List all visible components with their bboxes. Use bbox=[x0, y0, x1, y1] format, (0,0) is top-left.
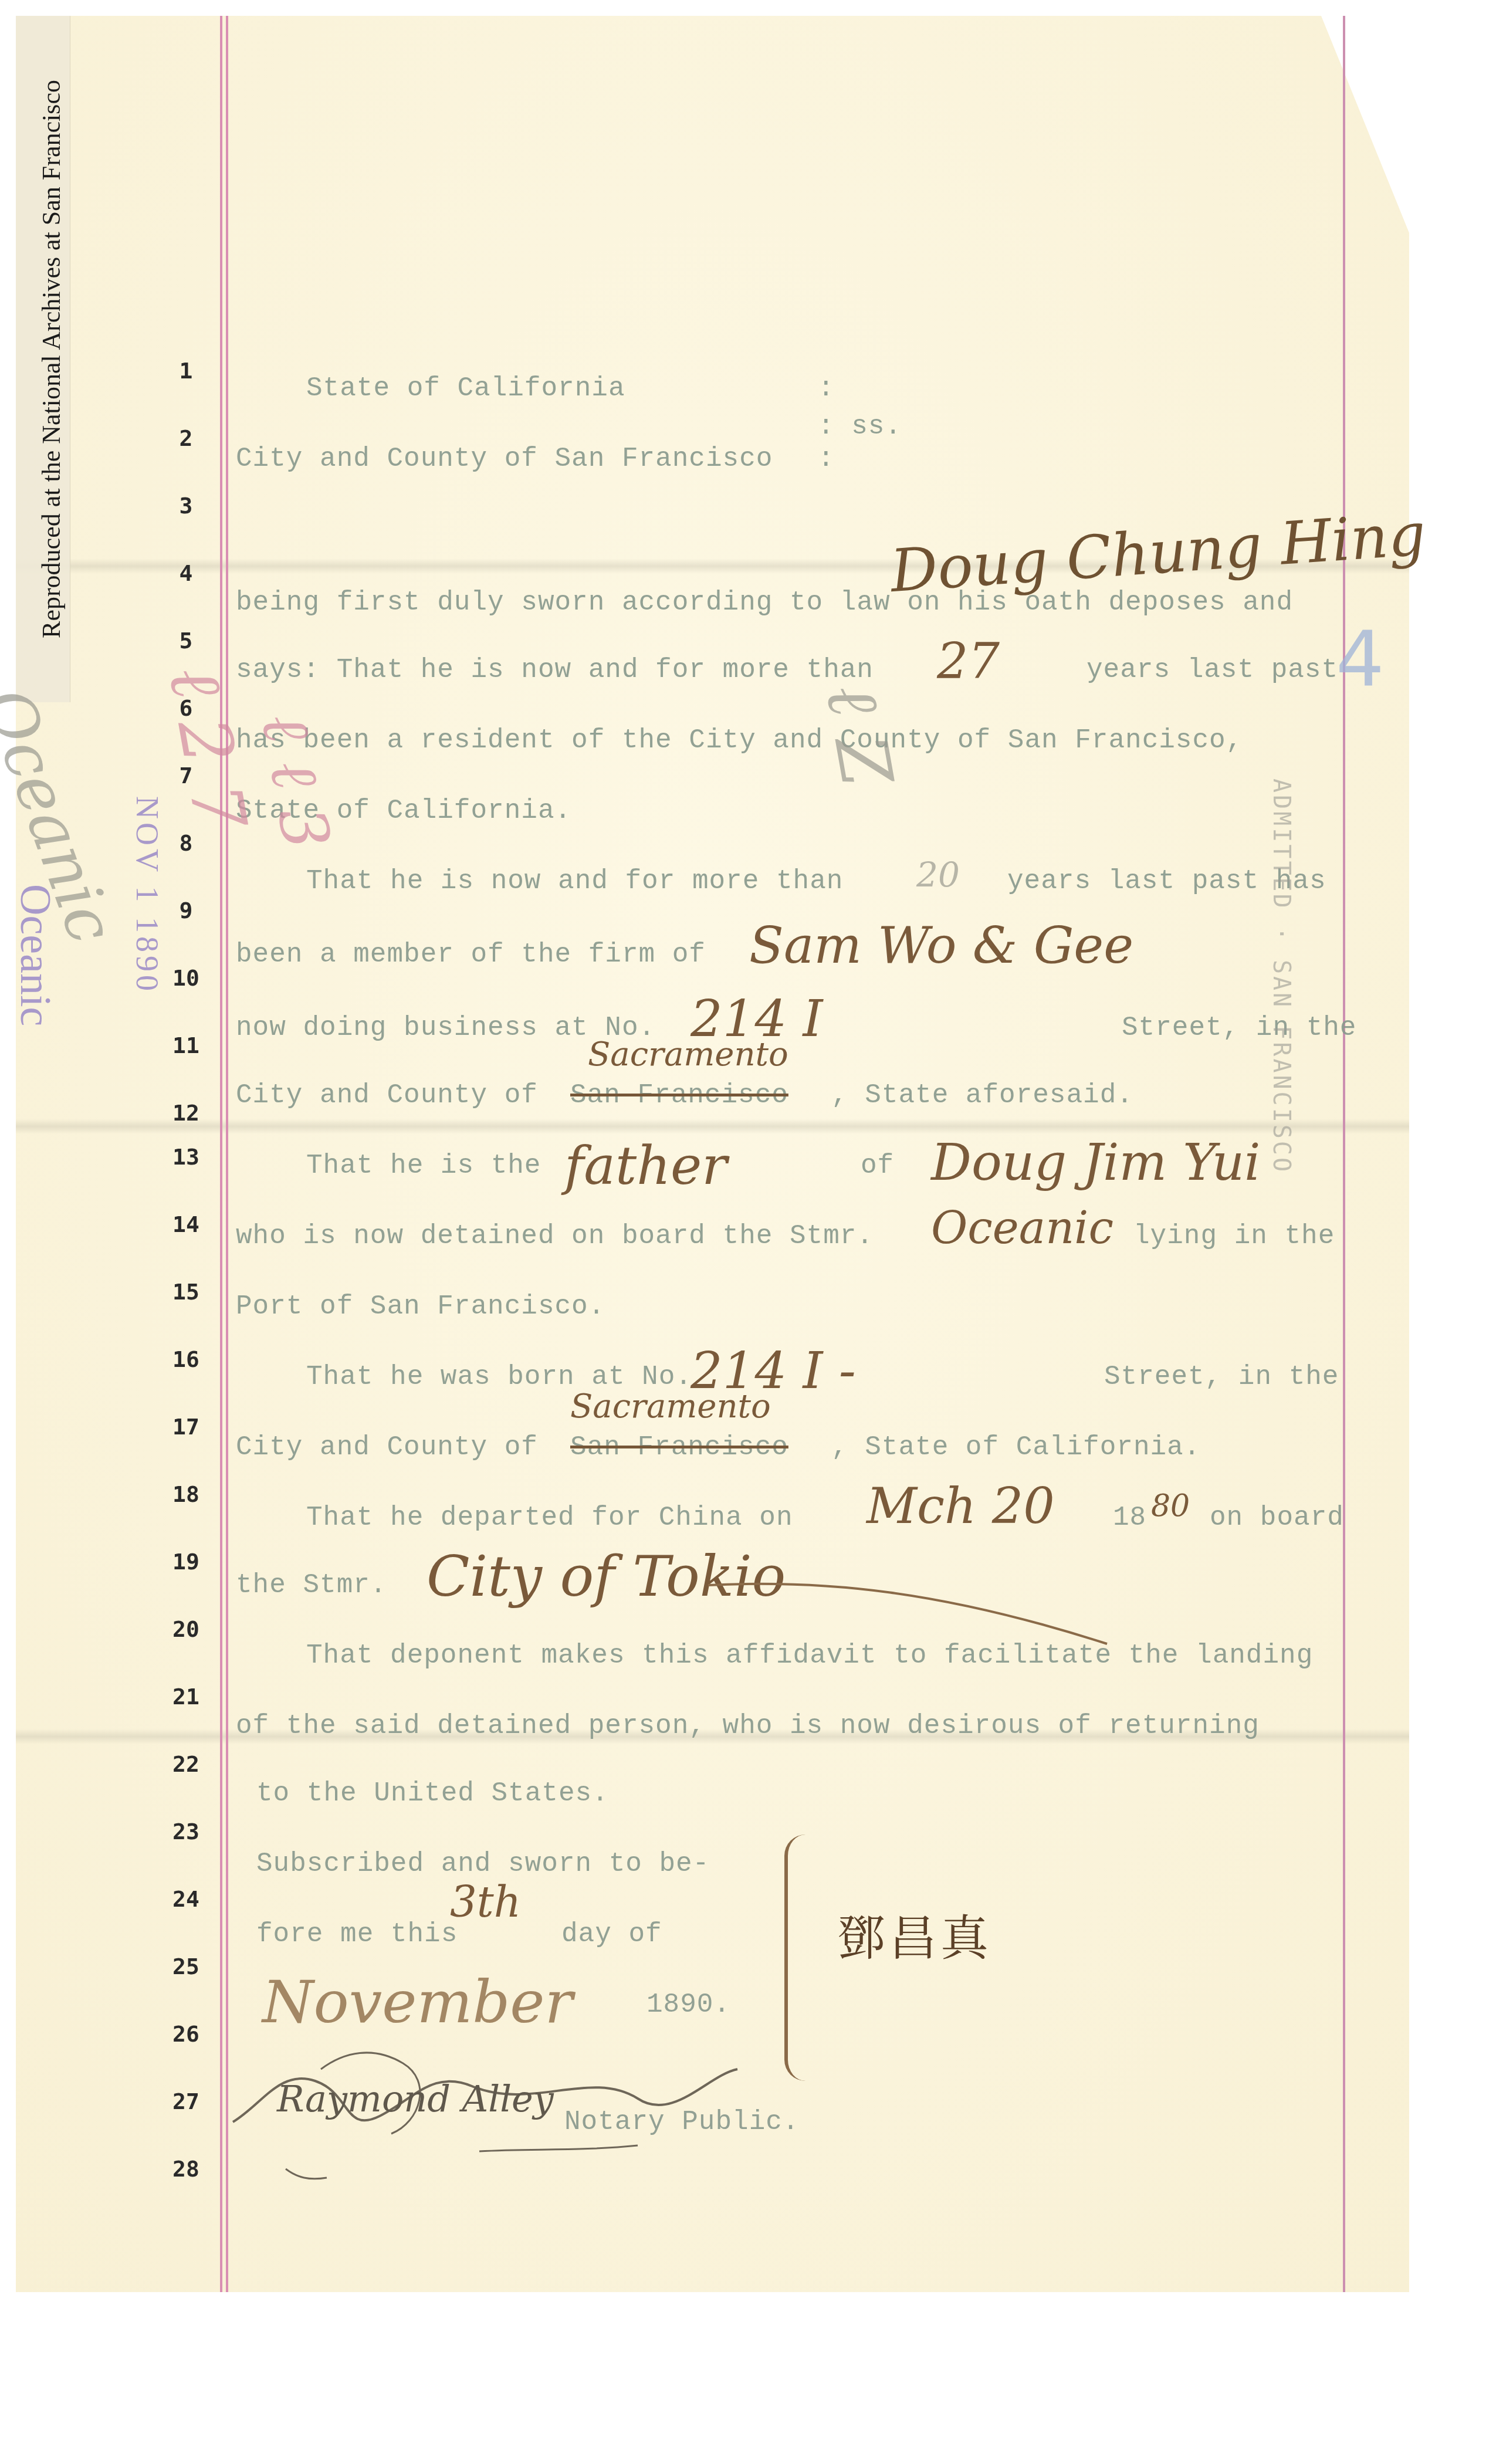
line-number: 10 bbox=[163, 965, 209, 991]
struck-city: San Francisco bbox=[570, 1432, 788, 1463]
affidavit-page: Reproduced at the National Archives at S… bbox=[16, 16, 1409, 2292]
affidavit-line: to the United States. bbox=[256, 1778, 609, 1809]
affidavit-line: who is now detained on board the Stmr. bbox=[236, 1221, 874, 1251]
firm-name-handwritten: Sam Wo & Gee bbox=[749, 916, 1133, 975]
left-margin-rule bbox=[220, 16, 228, 2292]
venue-state: State of California bbox=[306, 373, 625, 404]
departure-date-handwritten: Mch 20 bbox=[867, 1477, 1055, 1535]
archive-label: Reproduced at the National Archives at S… bbox=[36, 80, 66, 638]
affidavit-line: says: That he is now and for more than bbox=[236, 655, 874, 685]
notary-title: Notary Public. bbox=[564, 2107, 799, 2137]
line-number: 4 bbox=[163, 560, 209, 586]
affidavit-line: City and County of bbox=[236, 1432, 538, 1463]
line-number: 2 bbox=[163, 425, 209, 451]
departure-year-prefix: 18 bbox=[1113, 1502, 1146, 1533]
line-number: 18 bbox=[163, 1481, 209, 1507]
venue-county: City and County of San Francisco bbox=[236, 444, 773, 474]
jurat-month-handwritten: November bbox=[262, 1968, 573, 2036]
jurat-line: Subscribed and sworn to be- bbox=[256, 1849, 709, 1879]
archive-label-strip: Reproduced at the National Archives at S… bbox=[16, 16, 70, 702]
jurat-year: 1890. bbox=[647, 1989, 730, 2020]
line-number: 25 bbox=[163, 1954, 209, 1979]
venue-colon: : bbox=[818, 373, 835, 404]
jurat-line: day of bbox=[561, 1919, 662, 1949]
affidavit-line: That he is the bbox=[306, 1150, 541, 1181]
jurat-line: fore me this bbox=[256, 1919, 458, 1949]
affidavit-line: , State aforesaid. bbox=[831, 1080, 1133, 1111]
line-number: 24 bbox=[163, 1886, 209, 1912]
birth-city-insert-handwritten: Sacramento bbox=[570, 1387, 771, 1426]
line-number: 13 bbox=[163, 1144, 209, 1170]
city-insert-handwritten: Sacramento bbox=[588, 1035, 788, 1074]
venue-colon: : bbox=[818, 444, 835, 474]
affidavit-line: That he departed for China on bbox=[306, 1502, 793, 1533]
years-member-handwritten: 20 bbox=[916, 855, 960, 895]
affidavit-line: lying in the bbox=[1133, 1221, 1335, 1251]
line-number: 20 bbox=[163, 1616, 209, 1642]
jurat-day-handwritten: 3th bbox=[450, 1877, 521, 1927]
red-pencil-annotation: ℓ 2 7 bbox=[153, 661, 261, 837]
flourish-stroke bbox=[708, 1579, 1119, 1650]
line-number: 27 bbox=[163, 2089, 209, 2114]
affidavit-line: , State of California. bbox=[831, 1432, 1200, 1463]
affidavit-line: Street, in the bbox=[1122, 1013, 1356, 1043]
line-number: 1 bbox=[163, 358, 209, 384]
right-margin-stamp: ADMITTED · SAN FRANCISCO bbox=[1268, 779, 1295, 1174]
affidavit-line: of the said detained person, who is now … bbox=[236, 1711, 1260, 1741]
line-number: 12 bbox=[163, 1100, 209, 1126]
line-number: 16 bbox=[163, 1346, 209, 1372]
departure-year-handwritten: 80 bbox=[1151, 1488, 1190, 1524]
line-number: 21 bbox=[163, 1684, 209, 1710]
affidavit-line: years last past bbox=[1087, 655, 1338, 685]
venue-ss: : ss. bbox=[818, 411, 902, 442]
affidavit-line: That he is now and for more than bbox=[306, 866, 843, 896]
line-number: 3 bbox=[163, 493, 209, 519]
line-number: 19 bbox=[163, 1549, 209, 1575]
affidavit-line: on board bbox=[1210, 1502, 1344, 1533]
detained-steamer-handwritten: Oceanic bbox=[931, 1201, 1113, 1254]
affidavit-line: the Stmr. bbox=[236, 1570, 387, 1600]
line-number: 26 bbox=[163, 2021, 209, 2047]
detained-person-name-handwritten: Doug Jim Yui bbox=[931, 1133, 1261, 1192]
affidavit-line: Street, in the bbox=[1104, 1362, 1339, 1392]
line-number: 22 bbox=[163, 1751, 209, 1777]
affidavit-line: has been a resident of the City and Coun… bbox=[236, 725, 1243, 756]
years-resident-handwritten: 27 bbox=[937, 632, 1000, 690]
ship-stamp-date: NOV 1 1890 bbox=[129, 796, 165, 994]
affidavit-line: Port of San Francisco. bbox=[236, 1291, 605, 1322]
line-number: 9 bbox=[163, 898, 209, 923]
affidavit-line: City and County of bbox=[236, 1080, 538, 1111]
right-margin-rule bbox=[1343, 16, 1345, 2292]
affidavit-line: being first duly sworn according to law … bbox=[236, 587, 1293, 618]
chinese-signature: 鄧昌真 bbox=[837, 1900, 992, 1969]
struck-city: San Francisco bbox=[570, 1080, 788, 1111]
signature-brace bbox=[784, 1835, 805, 2081]
notary-signature: Raymond Alley bbox=[277, 2077, 554, 2120]
affidavit-line: That deponent makes this affidavit to fa… bbox=[306, 1640, 1313, 1671]
blue-pencil-mark: 4 bbox=[1336, 614, 1385, 703]
affidavit-line: of bbox=[861, 1150, 894, 1181]
line-number: 23 bbox=[163, 1819, 209, 1844]
relation-handwritten: father bbox=[564, 1135, 727, 1197]
line-number: 14 bbox=[163, 1211, 209, 1237]
folded-corner bbox=[1321, 16, 1409, 233]
line-number: 17 bbox=[163, 1414, 209, 1440]
line-number: 28 bbox=[163, 2156, 209, 2182]
line-number: 5 bbox=[163, 628, 209, 654]
pencil-annotation: ℓ Z bbox=[810, 679, 908, 792]
line-number: 15 bbox=[163, 1279, 209, 1305]
line-number: 11 bbox=[163, 1033, 209, 1058]
affidavit-line: been a member of the firm of bbox=[236, 939, 706, 970]
